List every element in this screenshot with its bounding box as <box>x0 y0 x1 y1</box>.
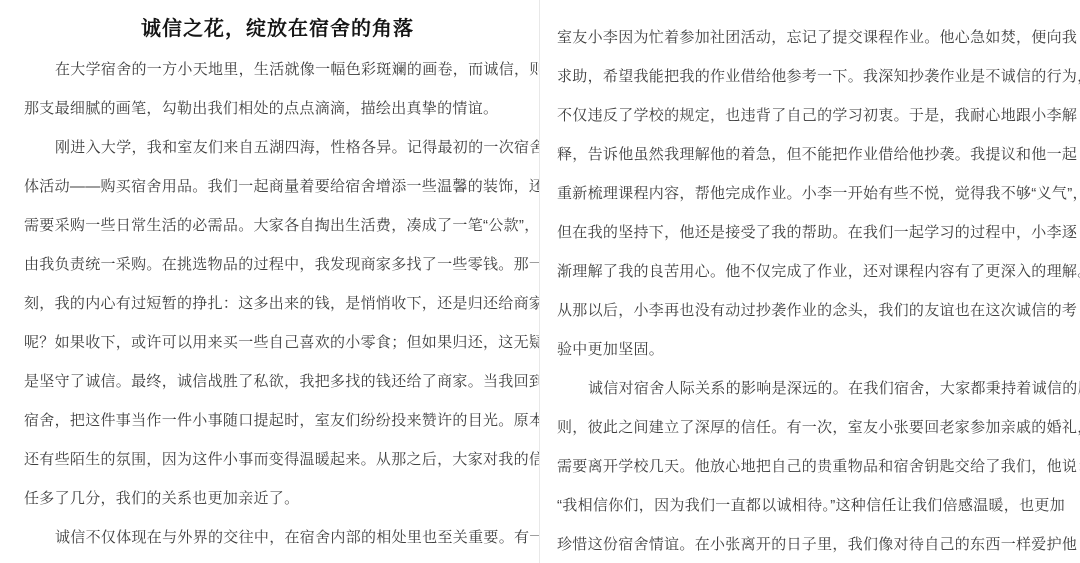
left-column: 诚信之花，绽放在宿舍的角落 在大学宿舍的一方小天地里，生活就像一幅色彩斑斓的画卷… <box>0 0 539 563</box>
text-line: 宿舍，把这件事当作一件小事随口提起时，室友们纷纷投来赞许的目光。原本 <box>24 401 531 440</box>
text-line: 还有些陌生的氛围，因为这件小事而变得温暖起来。从那之后，大家对我的信 <box>24 440 531 479</box>
right-column: 室友小李因为忙着参加社团活动，忘记了提交课程作业。他心急如焚，便向我求助，希望我… <box>540 0 1080 563</box>
text-line: 求助，希望我能把我的作业借给他参考一下。我深知抄袭作业是不诚信的行为， <box>557 57 1072 96</box>
text-line: 验中更加坚固。 <box>557 330 1072 369</box>
left-column-text: 在大学宿舍的一方小天地里，生活就像一幅色彩斑斓的画卷，而诚信，则是那支最细腻的画… <box>24 50 531 557</box>
text-line: 需要离开学校几天。他放心地把自己的贵重物品和宿舍钥匙交给了我们，他说： <box>557 447 1072 486</box>
document-page: 诚信之花，绽放在宿舍的角落 在大学宿舍的一方小天地里，生活就像一幅色彩斑斓的画卷… <box>0 0 1080 563</box>
text-line: 体活动——购买宿舍用品。我们一起商量着要给宿舍增添一些温馨的装饰，还 <box>24 167 531 206</box>
text-line: 室友小李因为忙着参加社团活动，忘记了提交课程作业。他心急如焚，便向我 <box>557 18 1072 57</box>
text-line: 刻，我的内心有过短暂的挣扎：这多出来的钱，是悄悄收下，还是归还给商家 <box>24 284 531 323</box>
text-line: 那支最细腻的画笔，勾勒出我们相处的点点滴滴，描绘出真挚的情谊。 <box>24 89 531 128</box>
text-line: 则，彼此之间建立了深厚的信任。有一次，室友小张要回老家参加亲戚的婚礼， <box>557 408 1072 447</box>
text-line: 由我负责统一采购。在挑选物品的过程中，我发现商家多找了一些零钱。那一 <box>24 245 531 284</box>
text-line: 但在我的坚持下，他还是接受了我的帮助。在我们一起学习的过程中，小李逐 <box>557 213 1072 252</box>
text-line: 释，告诉他虽然我理解他的着急，但不能把作业借给他抄袭。我提议和他一起 <box>557 135 1072 174</box>
text-line: 在大学宿舍的一方小天地里，生活就像一幅色彩斑斓的画卷，而诚信，则是 <box>24 50 531 89</box>
text-line: 不仅违反了学校的规定，也违背了自己的学习初衷。于是，我耐心地跟小李解 <box>557 96 1072 135</box>
text-line: 任多了几分，我们的关系也更加亲近了。 <box>24 479 531 518</box>
article-title: 诚信之花，绽放在宿舍的角落 <box>24 15 531 43</box>
text-line: 诚信不仅体现在与外界的交往中，在宿舍内部的相处里也至关重要。有一次， <box>24 518 531 557</box>
text-line: 刚进入大学，我和室友们来自五湖四海，性格各异。记得最初的一次宿舍集 <box>24 128 531 167</box>
text-line: 是坚守了诚信。最终，诚信战胜了私欲，我把多找的钱还给了商家。当我回到 <box>24 362 531 401</box>
text-line: “我相信你们，因为我们一直都以诚相待。”这种信任让我们倍感温暖，也更加 <box>557 486 1072 525</box>
text-line: 需要采购一些日常生活的必需品。大家各自掏出生活费，凑成了一笔“公款”， <box>24 206 531 245</box>
right-column-text: 室友小李因为忙着参加社团活动，忘记了提交课程作业。他心急如焚，便向我求助，希望我… <box>557 18 1072 563</box>
text-line: 从那以后，小李再也没有动过抄袭作业的念头，我们的友谊也在这次诚信的考 <box>557 291 1072 330</box>
text-line: 呢？如果收下，或许可以用来买一些自己喜欢的小零食；但如果归还，这无疑 <box>24 323 531 362</box>
text-line: 渐理解了我的良苦用心。他不仅完成了作业，还对课程内容有了更深入的理解。 <box>557 252 1072 291</box>
text-line: 诚信对宿舍人际关系的影响是深远的。在我们宿舍，大家都秉持着诚信的原 <box>557 369 1072 408</box>
text-line: 重新梳理课程内容，帮他完成作业。小李一开始有些不悦，觉得我不够“义气”， <box>557 174 1072 213</box>
text-line: 珍惜这份宿舍情谊。在小张离开的日子里，我们像对待自己的东西一样爱护他 <box>557 525 1072 563</box>
